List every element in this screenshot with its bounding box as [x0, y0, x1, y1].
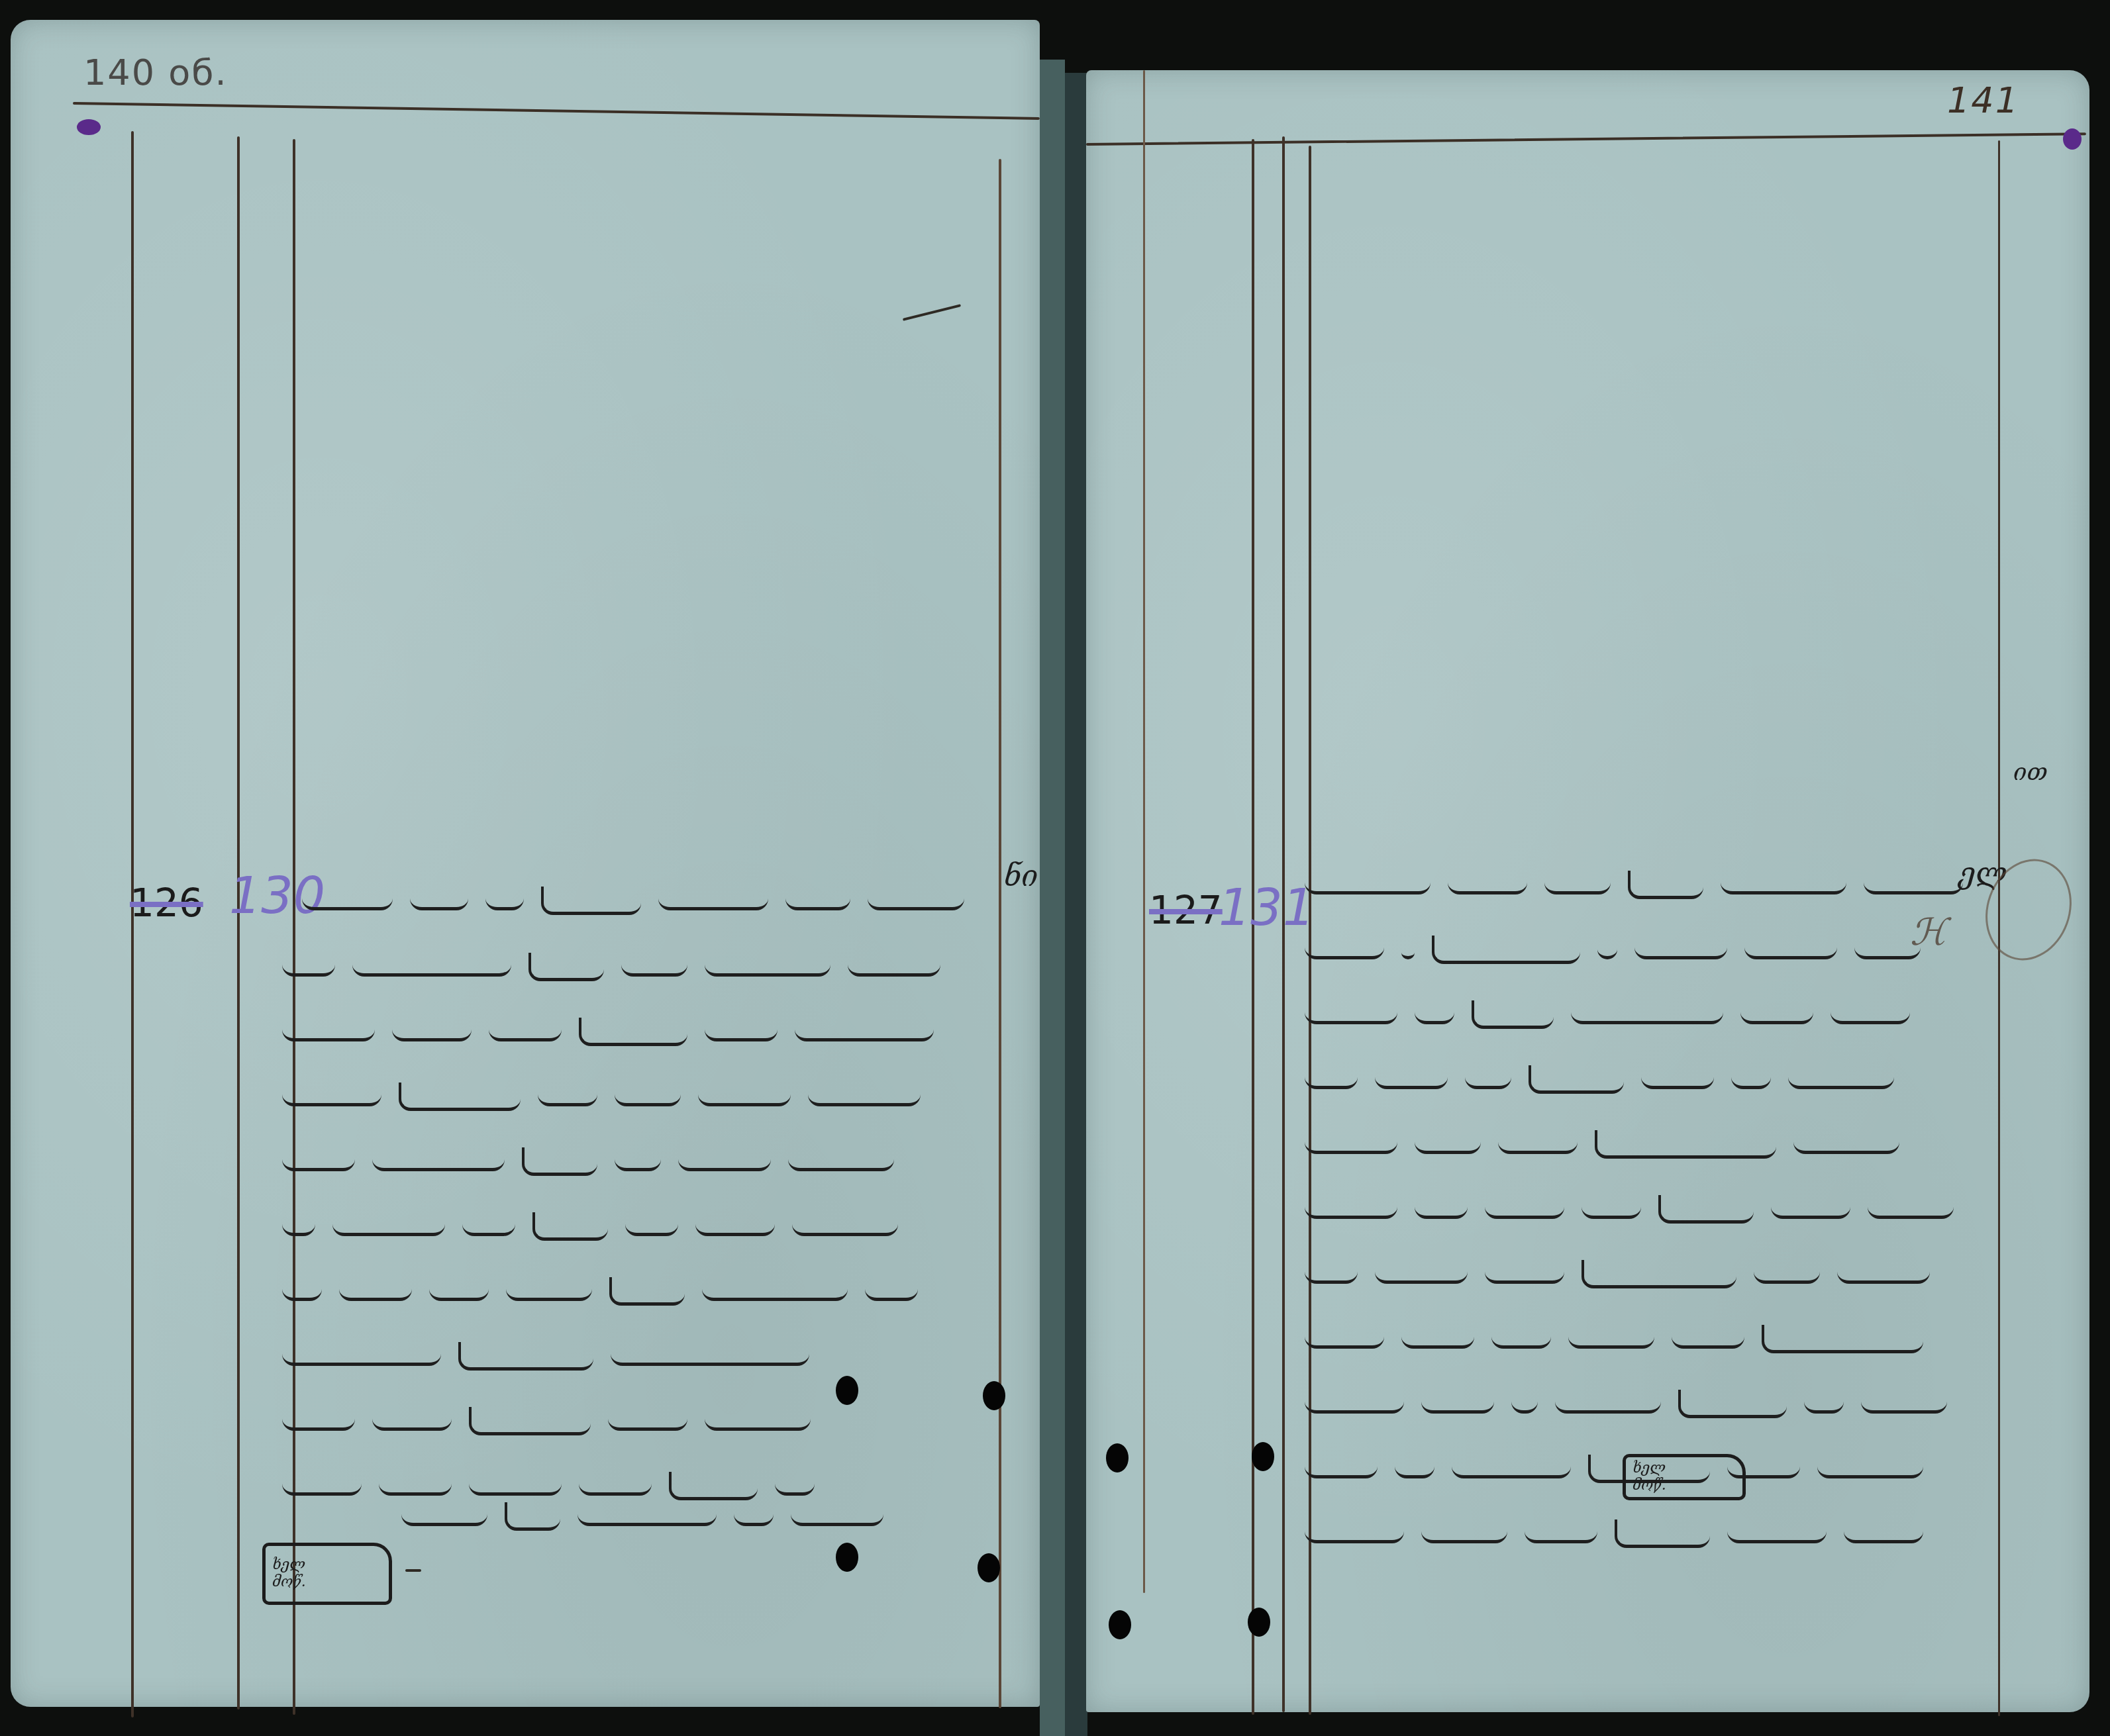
binding-hole [836, 1543, 858, 1572]
left-page: 140 об. 126 130 ნი [11, 20, 1040, 1707]
new-entry-number: 131 [1219, 878, 1315, 937]
book-gutter [1065, 73, 1087, 1736]
signature-line: მოწ. [272, 1574, 382, 1591]
text-line [282, 1012, 984, 1051]
text-line [1305, 1124, 2007, 1164]
text-line [1305, 865, 2007, 904]
ink-blot [2063, 128, 2082, 150]
text-line [1305, 1514, 2007, 1553]
text-line [302, 881, 964, 920]
margin-rule [999, 159, 1001, 1708]
text-line [1305, 930, 2007, 969]
folio-number-left: 140 об. [83, 52, 228, 93]
text-line [1305, 1059, 2007, 1099]
binding-hole [836, 1376, 858, 1405]
text-line [1305, 994, 2007, 1034]
margin-mark: ით [2013, 759, 2048, 786]
header-rule [73, 102, 1040, 120]
binding-hole [1106, 1443, 1129, 1472]
signature-box: ხელ მოწ. [1623, 1454, 1746, 1500]
right-page: 141 127 131 ით ელ ℋ [1086, 70, 2089, 1712]
column-rule [1143, 70, 1145, 1593]
header-rule [1086, 132, 2086, 146]
text-line [1305, 1319, 2007, 1359]
text-line [282, 1206, 984, 1246]
signature-box: ხელ მოწ. [262, 1543, 392, 1605]
text-line [1305, 1384, 2007, 1423]
margin-mark: ნი [1004, 859, 1038, 893]
old-entry-number: 127 [1149, 888, 1223, 933]
signature-line: მოწ. [1633, 1477, 1736, 1494]
binding-hole [1252, 1442, 1274, 1471]
text-line [282, 1336, 984, 1376]
signature-line: ხელ [272, 1557, 382, 1574]
text-line [282, 947, 978, 987]
dash-mark [405, 1569, 421, 1572]
folio-number-right: 141 [1947, 79, 2019, 121]
text-line [282, 1141, 984, 1181]
pen-stroke [903, 304, 961, 321]
text-line [282, 1271, 984, 1311]
text-line [282, 1401, 984, 1441]
binding-hole [978, 1553, 1000, 1582]
text-line [282, 1077, 984, 1116]
text-line [1305, 1254, 2007, 1294]
document-spread: 140 об. 126 130 ნი [0, 0, 2110, 1736]
text-line [1305, 1189, 2007, 1229]
binding-hole [1109, 1610, 1131, 1639]
old-entry-number: 126 [130, 881, 203, 926]
ink-blot [77, 119, 101, 135]
signature-line: ხელ [1633, 1460, 1736, 1477]
binding-hole [983, 1381, 1005, 1410]
binding-hole [1248, 1608, 1270, 1637]
text-line [401, 1496, 918, 1536]
page-edge-stack [1040, 60, 1065, 1736]
